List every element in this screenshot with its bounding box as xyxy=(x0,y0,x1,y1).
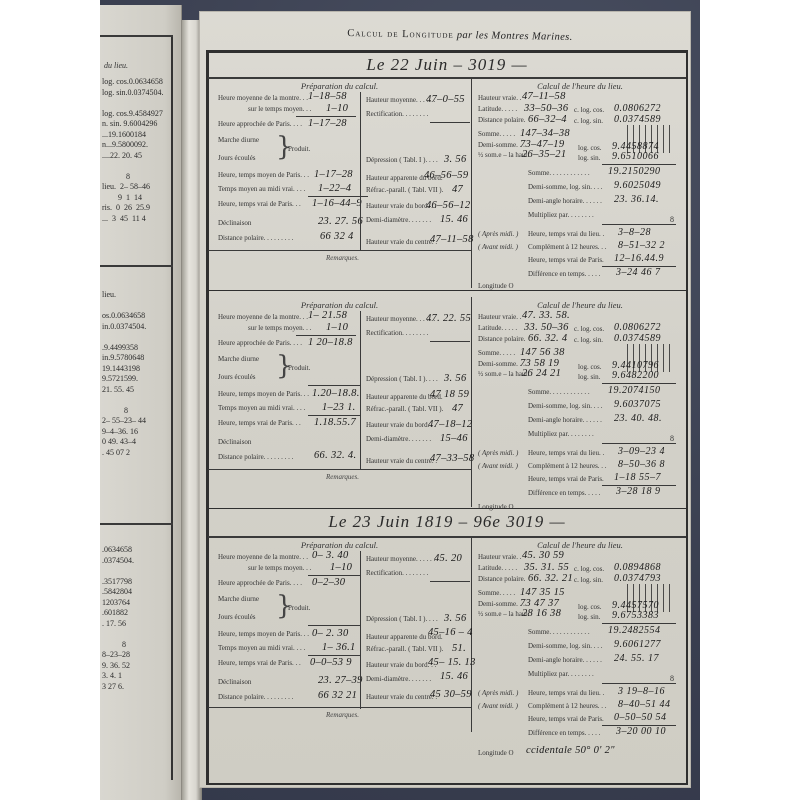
label-heure-approchee: Heure approchée de Paris. . . . xyxy=(218,120,302,129)
value-hauteur-vraie-bord: 47–18–12 xyxy=(428,419,472,430)
title-italic: par les Montres Marines. xyxy=(457,30,573,43)
label-somme-2: Somme. . . . . . . . . . . . xyxy=(528,388,590,397)
value-distance-polaire: 66 32 21 xyxy=(318,690,357,701)
label-distance-polaire-calc: Distance polaire. xyxy=(478,116,525,125)
value-demi-somme-log-sin: 9.6025049 xyxy=(614,180,661,191)
remarques-label: Remarques. xyxy=(326,254,359,262)
value-demi-angle-horaire: 24. 55. 17 xyxy=(614,653,659,664)
label-declinaison: Déclinaison xyxy=(218,678,251,687)
value-demi-diametre: 15. 46 xyxy=(440,671,468,682)
section-2-preparation: Préparation du calcul. Heure moyenne de … xyxy=(208,297,472,507)
value-heure-temps-moyen-paris: 0– 2. 30 xyxy=(312,628,349,639)
value-refrac-parall: 51. xyxy=(452,643,466,654)
divider xyxy=(208,469,472,470)
label-temps-moyen-midi-vrai: Temps moyen au midi vrai. . . . xyxy=(218,404,305,413)
value-demi-somme-moins-haut: 26–35–21 xyxy=(522,149,566,160)
value-complement-12: 8–51–32 2 xyxy=(618,240,665,251)
label-jours-ecoules: Jours écoulés xyxy=(218,373,256,382)
value-heure-temps-vrai-paris: 0–0–53 9 xyxy=(310,657,352,668)
divider xyxy=(308,415,360,416)
value-refrac-parall: 47 xyxy=(452,184,463,195)
value-demi-somme-moins-haut: 28 16 38 xyxy=(522,608,561,619)
value-multipliez-par: 8 xyxy=(670,215,674,224)
value-hauteur-moyenne: 45. 20 xyxy=(434,553,462,564)
label-somme: Somme. . . . . xyxy=(478,130,515,139)
label-apres-midi: ( Après midi. ) xyxy=(478,230,518,239)
label-demi-angle-horaire: Demi-angle horaire. . . . . . xyxy=(528,416,602,425)
section-1-calcul: Calcul de l'heure du lieu. Hauteur vraie… xyxy=(474,78,686,288)
value-c-log-sin: 0.0374589 xyxy=(614,333,661,344)
value-hauteur-apparente: 45–16 – 4 xyxy=(428,627,473,638)
left-page-block-1: log. cos.0.0634658 log. sin.0.0374504. l… xyxy=(102,77,171,224)
value-complement-12: 8–50–36 8 xyxy=(618,459,665,470)
value-hauteur-vraie-bord: 46–56–12 xyxy=(426,200,470,211)
label-hauteur-vraie-bord: Hauteur vraie du bord. . . xyxy=(366,661,436,670)
value-c-log-cos: 0.0806272 xyxy=(614,322,661,333)
section-3-preparation: Préparation du calcul. Heure moyenne de … xyxy=(208,537,472,732)
value-hauteur-vraie-centre: 47–11–58 xyxy=(430,234,474,245)
label-longitude: Longitude O xyxy=(478,749,514,758)
divider xyxy=(308,196,368,197)
label-c-log-cos: c. log. cos. xyxy=(574,106,604,115)
label-produit: Produit. xyxy=(288,145,310,154)
divider xyxy=(430,341,470,342)
value-somme-2: 19.2482554 xyxy=(608,625,661,636)
section-1-preparation: Préparation du calcul. Heure moyenne de … xyxy=(208,78,472,288)
label-distance-polaire: Distance polaire. . . . . . . . . xyxy=(218,234,293,243)
page-title: Calcul de Longitude par les Montres Mari… xyxy=(290,27,630,44)
value-somme: 147 35 15 xyxy=(520,587,565,598)
label-produit: Produit. xyxy=(288,604,310,613)
label-latitude: Latitude. . . . . xyxy=(478,324,517,333)
left-page-block-2: lieu. os.0.0634658 in.0.0374504. .9.4499… xyxy=(102,290,171,458)
column-divider xyxy=(360,311,361,469)
value-demi-somme-log-sin: 9.6037075 xyxy=(614,399,661,410)
value-depression: 3. 56 xyxy=(444,613,467,624)
label-log-sin: log. sin. xyxy=(578,154,600,163)
section-1: Le 22 Juin – 3019 — Préparation du calcu… xyxy=(208,52,686,290)
label-c-log-cos: c. log. cos. xyxy=(574,565,604,574)
label-avant-midi: ( Avant midi. ) xyxy=(478,462,518,471)
document-photo: du lieu. log. cos.0.0634658 log. sin.0.0… xyxy=(100,0,700,800)
label-rectification: Rectification. . . . . . . . xyxy=(366,110,428,119)
value-heure-temps-vrai-paris-calc: 12–16.44.9 xyxy=(614,253,664,264)
label-multipliez-par: Multipliez par. . . . . . . . xyxy=(528,670,594,679)
label-sur-temps-moyen: sur le temps moyen. . . xyxy=(248,324,311,333)
label-demi-diametre: Demi-diamètre. . . . . . . xyxy=(366,435,431,444)
label-jours-ecoules: Jours écoulés xyxy=(218,154,256,163)
label-demi-somme: Demi-somme. . . xyxy=(478,360,525,369)
label-heure-approchee: Heure approchée de Paris. . . . xyxy=(218,339,302,348)
value-latitude: 33–50–36 xyxy=(524,103,568,114)
value-demi-somme-log-sin: 9.6061277 xyxy=(614,639,661,650)
value-c-log-sin: 0.0374589 xyxy=(614,114,661,125)
value-multipliez-par: 8 xyxy=(670,674,674,683)
value-hauteur-vraie-centre: 47–33–58 xyxy=(430,453,474,464)
value-hauteur-vraie-bord: 45– 15. 13 xyxy=(428,657,476,668)
label-c-log-cos: c. log. cos. xyxy=(574,325,604,334)
label-marche-diurne: Marche diurne xyxy=(218,595,259,604)
label-sur-temps-moyen: sur le temps moyen. . . xyxy=(248,105,311,114)
calc-title: Calcul de l'heure du lieu. xyxy=(474,81,686,91)
value-longitude: ccidentale 50° 0' 2" xyxy=(526,745,615,756)
label-hauteur-vraie: Hauteur vraie. . xyxy=(478,94,522,103)
label-demi-diametre: Demi-diamètre. . . . . . . xyxy=(366,216,431,225)
value-latitude: 35. 31. 55 xyxy=(524,562,569,573)
label-latitude: Latitude. . . . . xyxy=(478,105,517,114)
value-heure-temps-moyen-paris: 1.20–18.8. xyxy=(312,388,360,399)
label-somme: Somme. . . . . xyxy=(478,349,515,358)
value-latitude: 33. 50–36 xyxy=(524,322,569,333)
label-heure-temps-vrai-paris-calc: Heure, temps vrai de Paris. xyxy=(528,256,604,265)
label-complement-12: Complément à 12 heures. . . xyxy=(528,462,607,471)
value-distance-polaire: 66 32 4 xyxy=(320,231,354,242)
label-multipliez-par: Multipliez par. . . . . . . . xyxy=(528,430,594,439)
label-heure-temps-moyen-paris: Heure, temps moyen de Paris. . . xyxy=(218,390,309,399)
value-temps-moyen-midi-vrai: 1– 36.1 xyxy=(322,642,356,653)
column-divider xyxy=(360,92,361,250)
value-demi-angle-horaire: 23. 36.14. xyxy=(614,194,659,205)
label-distance-polaire-calc: Distance polaire. xyxy=(478,575,525,584)
value-declinaison: 23. 27–39 xyxy=(318,675,363,686)
label-somme-2: Somme. . . . . . . . . . . . xyxy=(528,628,590,637)
label-refrac-parall: Réfrac.-parall. ( Tabl. VII ). xyxy=(366,645,443,654)
value-hauteur-vraie: 47–11–58 xyxy=(522,91,566,102)
value-heure-temps-vrai-paris-calc: 1–18 55–7 xyxy=(614,472,661,483)
label-produit: Produit. xyxy=(288,364,310,373)
value-heure-temps-moyen-paris: 1–17–28 xyxy=(314,169,353,180)
value-heure-moyenne-montre: 1–18–58 xyxy=(308,91,347,102)
value-temps-moyen-midi-vrai: 1–22–4 xyxy=(318,183,351,194)
label-hauteur-moyenne: Hauteur moyenne. . . . . . xyxy=(366,96,435,105)
title-caps: Calcul de Longitude xyxy=(347,28,454,41)
label-hauteur-vraie: Hauteur vraie. . xyxy=(478,553,522,562)
label-demi-diametre: Demi-diamètre. . . . . . . xyxy=(366,675,431,684)
value-refrac-parall: 47 xyxy=(452,403,463,414)
value-demi-somme-moins-haut: 26 24 21 xyxy=(522,368,561,379)
label-demi-angle-horaire: Demi-angle horaire. . . . . . xyxy=(528,197,602,206)
label-apres-midi: ( Après midi. ) xyxy=(478,689,518,698)
book-gutter xyxy=(182,20,202,800)
label-log-cos: log. cos. xyxy=(578,603,602,612)
label-demi-angle-horaire: Demi-angle horaire. . . . . . xyxy=(528,656,602,665)
label-hauteur-vraie-centre: Hauteur vraie du centre. . xyxy=(366,238,437,247)
label-distance-polaire-calc: Distance polaire. xyxy=(478,335,525,344)
label-temps-moyen-midi-vrai: Temps moyen au midi vrai. . . . xyxy=(218,644,305,653)
divider xyxy=(430,122,470,123)
label-heure-temps-moyen-paris: Heure, temps moyen de Paris. . . xyxy=(218,171,309,180)
value-hauteur-vraie: 45. 30 59 xyxy=(522,550,564,561)
left-page-header: du lieu. xyxy=(104,61,128,70)
divider xyxy=(308,625,360,626)
section-2-calcul: Calcul de l'heure du lieu. Hauteur vraie… xyxy=(474,297,686,507)
label-heure-temps-vrai-lieu: Heure, temps vrai du lieu. . xyxy=(528,689,604,698)
left-page-top-rule xyxy=(100,35,173,37)
section-3: Le 23 Juin 1819 – 96e 3019 — Préparation… xyxy=(208,508,686,733)
label-somme-2: Somme. . . . . . . . . . . . xyxy=(528,169,590,178)
section-3-date: Le 23 Juin 1819 – 96e 3019 — xyxy=(208,512,686,532)
divider xyxy=(308,575,360,576)
label-difference-temps: Différence en temps. . . . . xyxy=(528,489,600,498)
label-log-sin: log. sin. xyxy=(578,613,600,622)
divider xyxy=(208,250,472,251)
divider xyxy=(602,383,676,384)
value-heure-temps-vrai-paris: 1.18.55.7 xyxy=(314,417,356,428)
label-somme: Somme. . . . . xyxy=(478,589,515,598)
value-demi-diametre: 15. 46 xyxy=(440,214,468,225)
value-somme: 147–34–38 xyxy=(520,128,570,139)
value-hauteur-apparente: 46–56–59 xyxy=(424,170,468,181)
label-demi-somme-log-sin: Demi-somme, log. sin. . . . xyxy=(528,642,602,651)
value-c-log-sin: 0.0374793 xyxy=(614,573,661,584)
label-hauteur-vraie: Hauteur vraie. . xyxy=(478,313,522,322)
label-hauteur-vraie-centre: Hauteur vraie du centre. . xyxy=(366,457,437,466)
value-heure-approchee: 1–17–28 xyxy=(308,118,347,129)
divider xyxy=(296,335,356,336)
label-c-log-sin: c. log. sin. xyxy=(574,576,603,585)
label-heure-temps-vrai-lieu: Heure, temps vrai du lieu. . xyxy=(528,230,604,239)
value-distance-polaire-calc: 66. 32. 4 xyxy=(528,333,567,344)
label-demi-somme: Demi-somme. . . xyxy=(478,141,525,150)
label-declinaison: Déclinaison xyxy=(218,219,251,228)
value-demi-angle-horaire: 23. 40. 48. xyxy=(614,413,662,424)
prep-title: Préparation du calcul. xyxy=(208,300,471,310)
remarques-label: Remarques. xyxy=(326,711,359,719)
divider xyxy=(308,655,360,656)
value-hauteur-apparente: 47 18 59 xyxy=(430,389,469,400)
value-heure-temps-vrai-lieu: 3–8–28 xyxy=(618,227,651,238)
value-hauteur-moyenne: 47. 22. 55 xyxy=(426,313,471,324)
divider xyxy=(602,683,676,684)
value-somme: 147 56 38 xyxy=(520,347,565,358)
value-c-log-cos: 0.0806272 xyxy=(614,103,661,114)
section-3-calcul: Calcul de l'heure du lieu. Hauteur vraie… xyxy=(474,537,686,732)
value-heure-temps-vrai-lieu: 3 19–8–16 xyxy=(618,686,665,697)
value-heure-approchee: 1 20–18.8 xyxy=(308,337,353,348)
value-difference-temps: 3–28 18 9 xyxy=(616,486,661,497)
value-distance-polaire-calc: 66. 32. 21 xyxy=(528,573,573,584)
label-difference-temps: Différence en temps. . . . . xyxy=(528,729,600,738)
value-heure-temps-vrai-paris: 1–16–44–9 xyxy=(312,198,362,209)
left-page-rule-1 xyxy=(100,265,173,267)
value-depression: 3. 56 xyxy=(444,154,467,165)
label-avant-midi: ( Avant midi. ) xyxy=(478,702,518,711)
remarques-label: Remarques. xyxy=(326,473,359,481)
main-page: Calcul de Longitude par les Montres Mari… xyxy=(200,12,690,787)
label-avant-midi: ( Avant midi. ) xyxy=(478,243,518,252)
value-somme-2: 19.2074150 xyxy=(608,385,661,396)
label-sur-temps-moyen: sur le temps moyen. . . xyxy=(248,564,311,573)
label-heure-temps-moyen-paris: Heure, temps moyen de Paris. . . xyxy=(218,630,309,639)
value-hauteur-vraie-centre: 45 30–59 xyxy=(430,689,472,700)
divider xyxy=(602,224,676,225)
label-demi-somme-log-sin: Demi-somme, log. sin. . . . xyxy=(528,183,602,192)
divider xyxy=(602,164,676,165)
value-heure-approchee: 0–2–30 xyxy=(312,577,345,588)
value-difference-temps: 3–24 46 7 xyxy=(616,267,661,278)
label-latitude: Latitude. . . . . xyxy=(478,564,517,573)
label-log-cos: log. cos. xyxy=(578,363,602,372)
value-distance-polaire: 66. 32. 4. xyxy=(314,450,356,461)
value-distance-polaire-calc: 66–32–4 xyxy=(528,114,567,125)
label-heure-temps-vrai-paris: Heure, temps vrai de Paris. . . xyxy=(218,419,301,428)
label-heure-moyenne-montre: Heure moyenne de la montre. . . xyxy=(218,94,308,103)
left-page-block-3: .0634658 .0374504. .3517798 .5842804 120… xyxy=(102,545,171,692)
left-page-rule-2 xyxy=(100,523,173,525)
label-heure-temps-vrai-paris: Heure, temps vrai de Paris. . . xyxy=(218,200,301,209)
value-depression: 3. 56 xyxy=(444,373,467,384)
section-2: Préparation du calcul. Heure moyenne de … xyxy=(208,290,686,508)
divider xyxy=(602,623,676,624)
label-complement-12: Complément à 12 heures. . . xyxy=(528,702,607,711)
label-jours-ecoules: Jours écoulés xyxy=(218,613,256,622)
value-hauteur-moyenne: 47–0–55 xyxy=(426,94,465,105)
value-heure-moyenne-montre: 1– 21.58 xyxy=(308,310,347,321)
label-hauteur-vraie-centre: Hauteur vraie du centre. . xyxy=(366,693,437,702)
label-heure-approchee: Heure approchée de Paris. . . . xyxy=(218,579,302,588)
label-heure-temps-vrai-paris-calc: Heure, temps vrai de Paris. xyxy=(528,475,604,484)
prep-title: Préparation du calcul. xyxy=(208,540,471,550)
value-multipliez-par: 8 xyxy=(670,434,674,443)
value-temps-moyen-midi-vrai: 1–23 1. xyxy=(322,402,356,413)
label-marche-diurne: Marche diurne xyxy=(218,355,259,364)
label-declinaison: Déclinaison xyxy=(218,438,251,447)
calc-title: Calcul de l'heure du lieu. xyxy=(474,540,686,550)
label-rectification: Rectification. . . . . . . . xyxy=(366,329,428,338)
label-hauteur-moyenne: Hauteur moyenne. . . . . . xyxy=(366,315,435,324)
label-heure-temps-vrai-paris: Heure, temps vrai de Paris. . . xyxy=(218,659,301,668)
value-c-log-cos: 0.0894868 xyxy=(614,562,661,573)
label-depression: Dépression ( Tabl. I ). . . . xyxy=(366,156,438,165)
label-log-sin: log. sin. xyxy=(578,373,600,382)
value-demi-diametre: 15–46 xyxy=(440,433,468,444)
value-difference-temps: 3–20 00 10 xyxy=(616,726,666,737)
label-heure-moyenne-montre: Heure moyenne de la montre. . . xyxy=(218,313,308,322)
label-refrac-parall: Réfrac.-parall. ( Tabl. VII ). xyxy=(366,405,443,414)
label-hauteur-vraie-bord: Hauteur vraie du bord. . . xyxy=(366,421,436,430)
value-heure-temps-vrai-paris-calc: 0–50–50 54 xyxy=(614,712,667,723)
label-distance-polaire: Distance polaire. . . . . . . . . xyxy=(218,693,293,702)
label-c-log-sin: c. log. sin. xyxy=(574,336,603,345)
calc-title: Calcul de l'heure du lieu. xyxy=(474,300,686,310)
label-difference-temps: Différence en temps. . . . . xyxy=(528,270,600,279)
value-log-sin: 9.6482200 xyxy=(612,370,659,381)
label-hauteur-moyenne: Hauteur moyenne. . . . . . xyxy=(366,555,435,564)
label-multipliez-par: Multipliez par. . . . . . . . xyxy=(528,211,594,220)
label-rectification: Rectification. . . . . . . . xyxy=(366,569,428,578)
divider xyxy=(308,385,360,386)
prep-title: Préparation du calcul. xyxy=(208,81,471,91)
value-declinaison: 23. 27. 56 xyxy=(318,216,363,227)
value-somme-2: 19.2150290 xyxy=(608,166,661,177)
label-log-cos: log. cos. xyxy=(578,144,602,153)
label-complement-12: Complément à 12 heures. . . xyxy=(528,243,607,252)
divider xyxy=(602,443,676,444)
label-heure-moyenne-montre: Heure moyenne de la montre. . . xyxy=(218,553,308,562)
value-hauteur-vraie: 47. 33. 58. xyxy=(522,310,570,321)
value-log-sin: 9.6510066 xyxy=(612,151,659,162)
label-heure-temps-vrai-lieu: Heure, temps vrai du lieu. . xyxy=(528,449,604,458)
value-heure-moyenne-montre: 0– 3. 40 xyxy=(312,550,349,561)
label-distance-polaire: Distance polaire. . . . . . . . . xyxy=(218,453,293,462)
value-sur-temps-moyen: 1–10 xyxy=(330,562,352,573)
label-depression: Dépression ( Tabl. I ). . . . xyxy=(366,375,438,384)
value-log-sin: 9.6753383 xyxy=(612,610,659,621)
value-complement-12: 8–40–51 44 xyxy=(618,699,671,710)
column-divider xyxy=(360,551,361,709)
value-heure-temps-vrai-lieu: 3–09–23 4 xyxy=(618,446,665,457)
label-heure-temps-vrai-paris-calc: Heure, temps vrai de Paris. xyxy=(528,715,604,724)
divider xyxy=(208,707,472,708)
label-demi-somme: Demi-somme. . . xyxy=(478,600,525,609)
label-c-log-sin: c. log. sin. xyxy=(574,117,603,126)
divider xyxy=(430,581,470,582)
label-depression: Dépression ( Tabl. I ). . . . xyxy=(366,615,438,624)
label-refrac-parall: Réfrac.-parall. ( Tabl. VII ). xyxy=(366,186,443,195)
section-1-date: Le 22 Juin – 3019 — xyxy=(208,55,686,75)
left-page: du lieu. log. cos.0.0634658 log. sin.0.0… xyxy=(100,5,182,800)
label-marche-diurne: Marche diurne xyxy=(218,136,259,145)
divider xyxy=(296,116,356,117)
value-sur-temps-moyen: 1–10 xyxy=(326,322,348,333)
label-demi-somme-log-sin: Demi-somme, log. sin. . . . xyxy=(528,402,602,411)
label-apres-midi: ( Après midi. ) xyxy=(478,449,518,458)
value-sur-temps-moyen: 1–10 xyxy=(326,103,348,114)
label-temps-moyen-midi-vrai: Temps moyen au midi vrai. . . . xyxy=(218,185,305,194)
